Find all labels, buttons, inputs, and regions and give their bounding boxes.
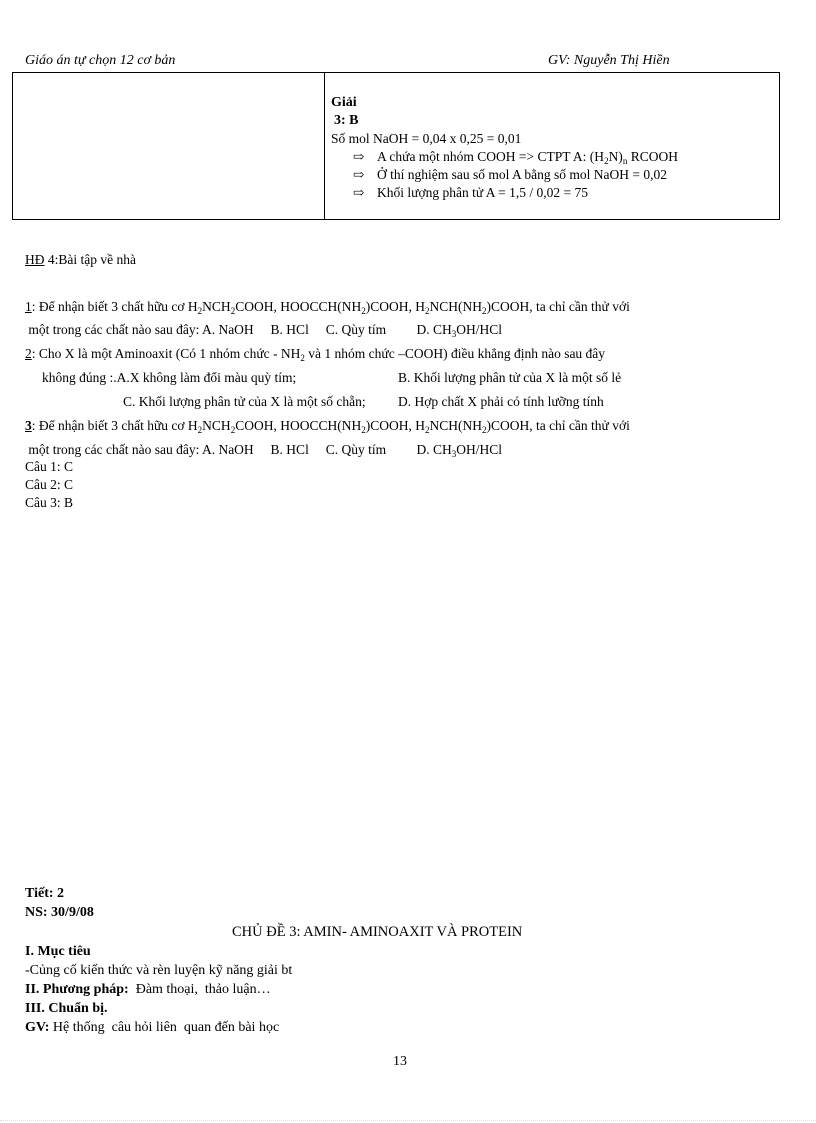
- question-text: NCH(NH: [429, 299, 482, 314]
- question-1: 1: Để nhận biết 3 chất hữu cơ H2NCH2COOH…: [25, 299, 630, 315]
- question-text: )COOH, ta chỉ cần thử với: [486, 418, 629, 433]
- arrow-right-icon: ⇨: [353, 166, 377, 184]
- question-2: 2: Cho X là một Aminoaxit (Có 1 nhóm chứ…: [25, 346, 605, 362]
- option-b: B. Khối lượng phân tử của X là một số lẻ: [398, 370, 621, 386]
- header-course-title: Giáo án tự chọn 12 cơ bản: [25, 53, 175, 69]
- solution-table: Giải 3: B Số mol NaOH = 0,04 x 0,25 = 0,…: [12, 72, 780, 220]
- solution-bullet: ⇨Ở thí nghiệm sau số mol A bằng số mol N…: [331, 166, 678, 184]
- option-c: C. Khối lượng phân tử của X là một số ch…: [123, 394, 366, 410]
- section-objectives-text: -Củng cố kiến thức và rèn luyện kỹ năng …: [25, 963, 292, 979]
- options-text: một trong các chất nào sau đây: A. NaOH …: [25, 442, 452, 457]
- question-text: : Cho X là một Aminoaxit (Có 1 nhóm chức…: [32, 346, 301, 361]
- question-text: NCH: [202, 299, 231, 314]
- question-text: : Để nhận biết 3 chất hữu cơ H: [32, 299, 198, 314]
- solution-answer: 3: B: [331, 112, 678, 130]
- options-text: OH/HCl: [456, 442, 502, 457]
- question-1-options: một trong các chất nào sau đây: A. NaOH …: [25, 322, 502, 338]
- gv-label: GV:: [25, 1020, 49, 1035]
- teacher-preparation: GV: Hệ thống câu hỏi liên quan đến bài h…: [25, 1020, 279, 1036]
- question-text: )COOH, ta chỉ cần thử với: [486, 299, 629, 314]
- question-text: : Để nhận biết 3 chất hữu cơ H: [32, 418, 198, 433]
- bullet-text: N): [609, 149, 623, 164]
- options-text: OH/HCl: [456, 322, 502, 337]
- table-divider: [324, 73, 325, 219]
- answer-3: Câu 3: B: [25, 495, 73, 511]
- question-text: )COOH, H: [366, 418, 425, 433]
- question-text: NCH: [202, 418, 231, 433]
- header-teacher: GV: Nguyễn Thị Hiền: [548, 53, 670, 69]
- question-text: và 1 nhóm chức –COOH) điều khẳng định nà…: [305, 346, 605, 361]
- bullet-text: RCOOH: [627, 149, 678, 164]
- question-text: )COOH, H: [366, 299, 425, 314]
- section-method-text: Đàm thoại, thảo luận…: [129, 982, 271, 997]
- question-number: 3: [25, 418, 32, 433]
- question-text: COOH, HOOCCH(NH: [235, 418, 361, 433]
- solution-cell: Giải 3: B Số mol NaOH = 0,04 x 0,25 = 0,…: [331, 94, 678, 202]
- arrow-right-icon: ⇨: [353, 184, 377, 202]
- arrow-right-icon: ⇨: [353, 148, 377, 166]
- section-objectives-title: I. Mục tiêu: [25, 944, 91, 960]
- solution-bullet: ⇨A chứa một nhóm COOH => CTPT A: (H2N)n …: [331, 148, 678, 166]
- solution-bullet: ⇨Khối lượng phân tử A = 1,5 / 0,02 = 75: [331, 184, 678, 202]
- question-text: NCH(NH: [429, 418, 482, 433]
- solution-title: Giải: [331, 94, 678, 112]
- question-number: 2: [25, 346, 32, 361]
- lesson-period: Tiết: 2: [25, 886, 64, 902]
- section-method: II. Phương pháp: Đàm thoại, thảo luận…: [25, 982, 271, 998]
- lesson-date: NS: 30/9/08: [25, 905, 94, 921]
- bullet-text: A chứa một nhóm COOH => CTPT A: (H: [377, 149, 604, 164]
- heading-text: 4:Bài tập về nhà: [45, 252, 136, 267]
- question-3-options: một trong các chất nào sau đây: A. NaOH …: [25, 442, 502, 458]
- lesson-topic-title: CHỦ ĐỀ 3: AMIN- AMINOAXIT VÀ PROTEIN: [232, 924, 522, 941]
- gv-text: Hệ thống câu hỏi liên quan đến bài học: [49, 1020, 279, 1035]
- option-a: không đúng :.A.X không làm đổi màu quỳ t…: [42, 370, 296, 386]
- question-number: 1: [25, 299, 32, 314]
- section-method-title: II. Phương pháp:: [25, 982, 129, 997]
- question-3: 3: Để nhận biết 3 chất hữu cơ H2NCH2COOH…: [25, 418, 630, 434]
- answer-1: Câu 1: C: [25, 459, 73, 475]
- page-number: 13: [393, 1054, 407, 1070]
- bullet-text: Ở thí nghiệm sau số mol A bằng số mol Na…: [377, 167, 667, 182]
- bullet-text: Khối lượng phân tử A = 1,5 / 0,02 = 75: [377, 185, 588, 200]
- answer-2: Câu 2: C: [25, 477, 73, 493]
- section-preparation-title: III. Chuẩn bị.: [25, 1001, 108, 1017]
- heading-label: HĐ: [25, 252, 45, 267]
- solution-line: Số mol NaOH = 0,04 x 0,25 = 0,01: [331, 130, 678, 148]
- options-text: một trong các chất nào sau đây: A. NaOH …: [25, 322, 452, 337]
- page-boundary: [0, 1120, 816, 1122]
- homework-heading: HĐ 4:Bài tập về nhà: [25, 252, 136, 268]
- question-text: COOH, HOOCCH(NH: [235, 299, 361, 314]
- option-d: D. Hợp chất X phải có tính lưỡng tính: [398, 394, 604, 410]
